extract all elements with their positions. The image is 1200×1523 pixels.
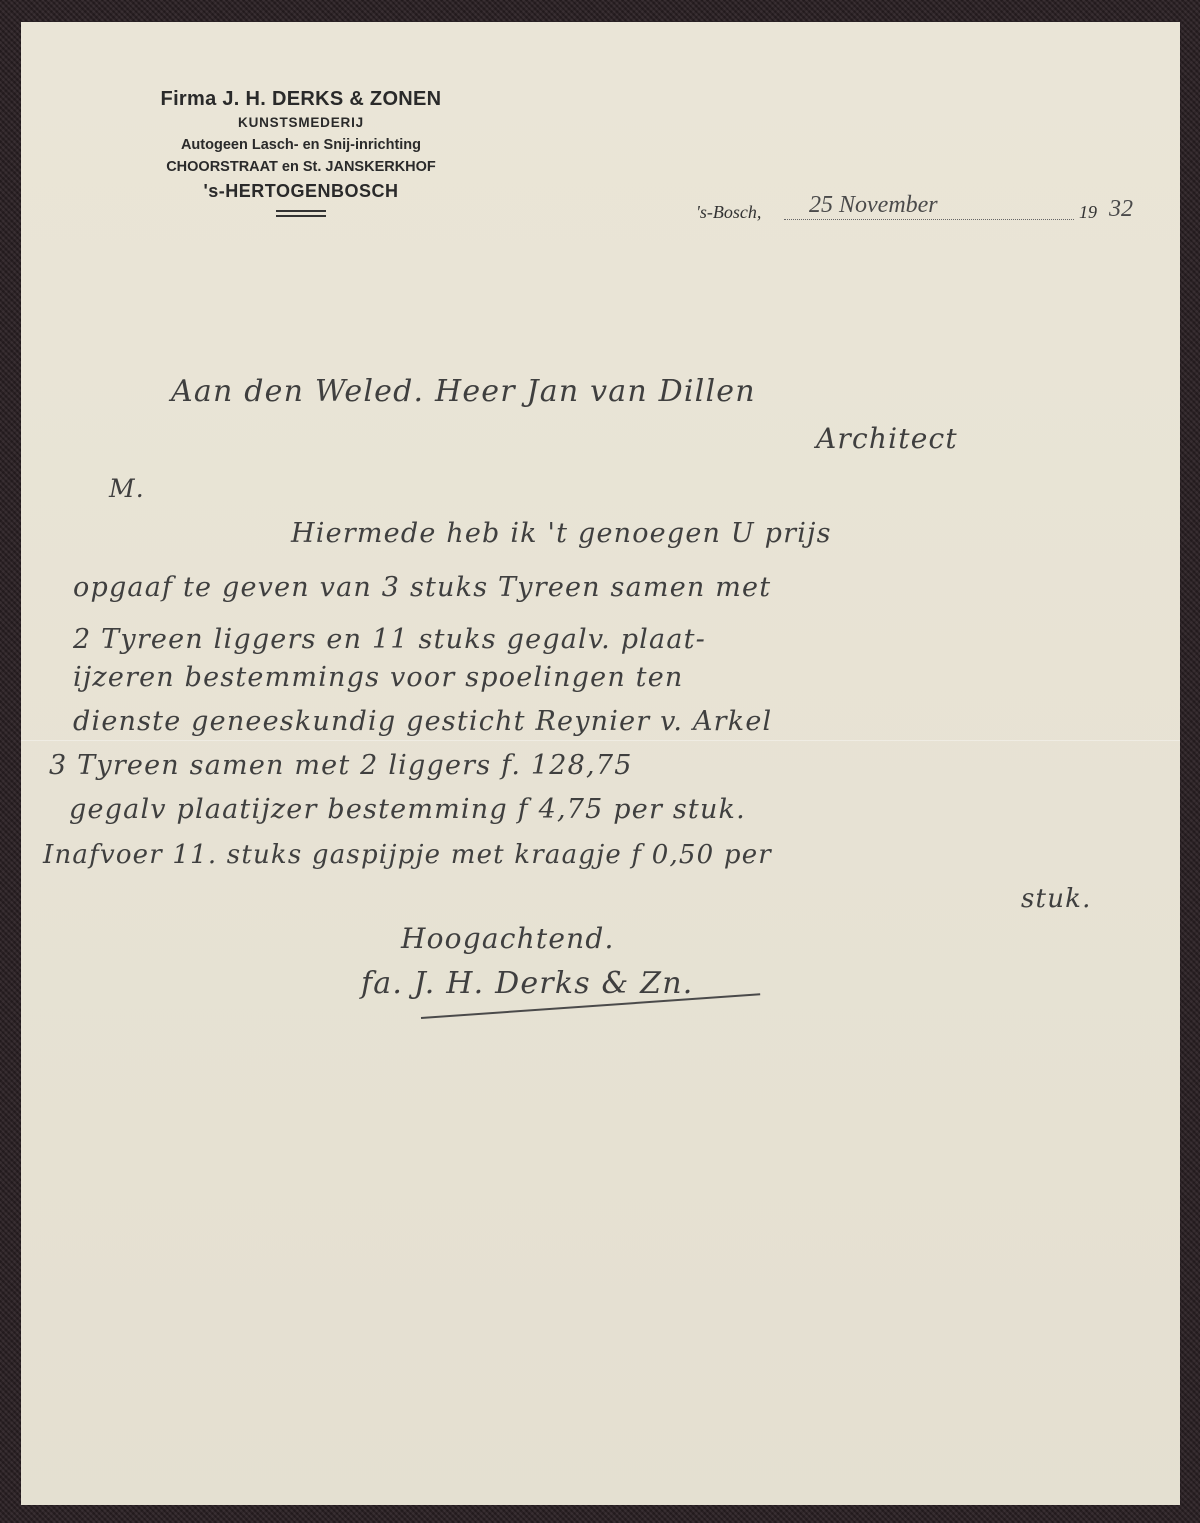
firm-address: CHOORSTRAAT en St. JANSKERKHOF	[91, 156, 511, 178]
date-place: 's-Bosch,	[696, 202, 761, 223]
firm-city: 's-HERTOGENBOSCH	[91, 178, 511, 204]
body-line-6: 3 Tyreen samen met 2 liggers f. 128,75	[49, 750, 633, 781]
body-line-5: dienste geneeskundig gesticht Reynier v.…	[73, 706, 772, 737]
double-rule	[276, 210, 326, 217]
firm-name: Firma J. H. DERKS & ZONEN	[91, 86, 511, 112]
date-day-month: 25 November	[809, 192, 938, 219]
body-line-9: stuk.	[1021, 884, 1092, 914]
body-line-8: Inafvoer 11. stuks gaspijpje met kraagje…	[43, 840, 772, 870]
body-line-3: 2 Tyreen liggers en 11 stuks gegalv. pla…	[73, 624, 706, 655]
fold-line	[21, 740, 1180, 741]
letterhead: Firma J. H. DERKS & ZONEN KUNSTSMEDERIJ …	[91, 86, 511, 217]
signature: fa. J. H. Derks & Zn.	[361, 966, 693, 1001]
body-line-2: opgaaf te geven van 3 stuks Tyreen samen…	[73, 572, 771, 603]
body-line-1: Hiermede heb ik 't genoegen U prijs	[291, 518, 832, 549]
firm-service: Autogeen Lasch- en Snij-inrichting	[91, 134, 511, 156]
dateline: 's-Bosch, 25 November 19 32	[684, 188, 1144, 228]
recipient-line-1: Aan den Weled. Heer Jan van Dillen	[171, 374, 756, 409]
letter-sheet: Firma J. H. DERKS & ZONEN KUNSTSMEDERIJ …	[21, 22, 1180, 1505]
recipient-line-2: Architect	[816, 422, 958, 455]
body-line-7: gegalv plaatijzer bestemming f 4,75 per …	[69, 794, 746, 825]
salutation: M.	[109, 474, 145, 503]
date-dotted-line	[784, 219, 1074, 220]
date-year-written: 32	[1109, 196, 1133, 223]
closing: Hoogachtend.	[401, 922, 615, 955]
date-year-printed: 19	[1079, 202, 1097, 223]
firm-trade: KUNSTSMEDERIJ	[91, 112, 511, 134]
body-line-4: ijzeren bestemmings voor spoelingen ten	[73, 662, 684, 693]
